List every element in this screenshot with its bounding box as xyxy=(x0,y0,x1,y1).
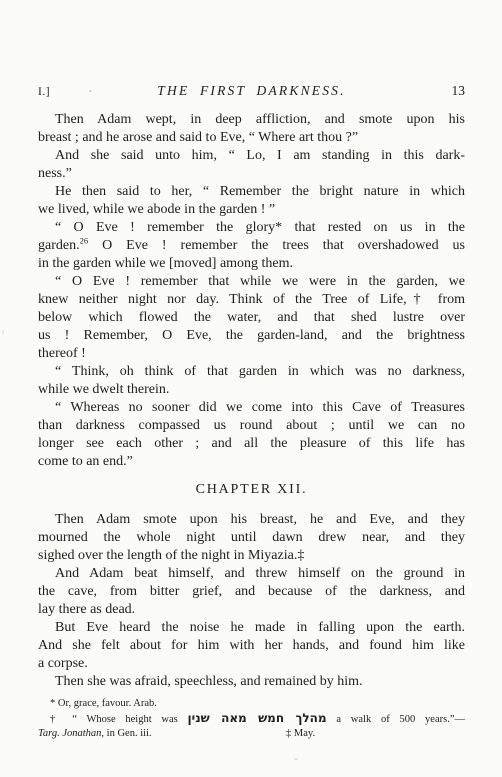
text-line: thereof ! xyxy=(38,345,465,363)
scan-speck xyxy=(89,90,92,92)
text-line: while we dwelt therein. xyxy=(38,381,465,399)
text-line: “ Think, oh think of that garden in whic… xyxy=(38,363,465,381)
paragraph: “ Think, oh think of that garden in whic… xyxy=(38,363,465,399)
paragraph: “ Whereas no sooner did we come into thi… xyxy=(38,399,465,471)
text-line: the cave, from bitter grief, and because… xyxy=(38,583,465,601)
paragraph: “ O Eve ! remember that while we were in… xyxy=(38,273,465,363)
page-number: 13 xyxy=(405,84,465,98)
paragraph: Then Adam smote upon his breast, he and … xyxy=(38,511,465,565)
endnote-reference: 26 xyxy=(80,235,89,245)
text-line: But Eve heard the noise he made in falli… xyxy=(38,619,465,637)
footnote-source-citation: Targ. Jonathan, in Gen. iii. xyxy=(38,728,152,739)
text-line: come to an end.” xyxy=(38,453,465,471)
scan-speck xyxy=(294,758,298,760)
body-text: Then Adam wept, in deep affliction, and … xyxy=(38,111,465,741)
italic-citation: Targ. Jonathan xyxy=(38,728,101,739)
text-line: sighed over the length of the night in M… xyxy=(38,547,465,565)
text-line: And Adam beat himself, and threw himself… xyxy=(38,565,465,583)
paragraph: “ O Eve ! remember the glory* that reste… xyxy=(38,219,465,273)
text-line: a corpse. xyxy=(38,655,465,673)
book-page: I.] THE FIRST DARKNESS. 13 Then Adam wep… xyxy=(0,0,502,777)
text-line: Then she was afraid, speechless, and rem… xyxy=(38,673,465,691)
text-line: we lived, while we abode in the garden !… xyxy=(38,201,465,219)
text-line: garden.26 O Eve ! remember the trees tha… xyxy=(38,237,465,255)
scan-speck xyxy=(2,330,4,335)
footnote-dagger-continuation: Targ. Jonathan, in Gen. iii. ‡ May. xyxy=(38,727,465,741)
running-title: THE FIRST DARKNESS. xyxy=(98,84,405,98)
section-marker: I.] xyxy=(38,85,98,99)
chapter-heading: CHAPTER XII. xyxy=(38,481,465,499)
footnote-dagger: † “ Whose height was מהלך חמש מאה שנין a… xyxy=(38,711,465,727)
paragraph: Then Adam wept, in deep affliction, and … xyxy=(38,111,465,147)
chapter-twelve-paragraphs: Then Adam smote upon his breast, he and … xyxy=(38,511,465,691)
text-line: “ Whereas no sooner did we come into thi… xyxy=(38,399,465,417)
paragraph: And Adam beat himself, and threw himself… xyxy=(38,565,465,619)
text-line: And she said unto him, “ Lo, I am standi… xyxy=(38,147,465,165)
text-line: than darkness compassed us round about ;… xyxy=(38,417,465,435)
paragraph: But Eve heard the noise he made in falli… xyxy=(38,619,465,673)
footnote-asterisk: * Or, grace, favour. Arab. xyxy=(38,697,465,711)
paragraph: Then she was afraid, speechless, and rem… xyxy=(38,673,465,691)
text-line: “ O Eve ! remember that while we were in… xyxy=(38,273,465,291)
text-line: He then said to her, “ Remember the brig… xyxy=(38,183,465,201)
text-line: knew neither night nor day. Think of the… xyxy=(38,291,465,309)
paragraph: He then said to her, “ Remember the brig… xyxy=(38,183,465,219)
running-header: I.] THE FIRST DARKNESS. 13 xyxy=(38,84,465,99)
text-line: in the garden while we [moved] among the… xyxy=(38,255,465,273)
text-line: longer see each other ; and all the plea… xyxy=(38,435,465,453)
text-line: us ! Remember, O Eve, the garden-land, a… xyxy=(38,327,465,345)
text-line: below which flowed the water, and that s… xyxy=(38,309,465,327)
footnotes: * Or, grace, favour. Arab. † “ Whose hei… xyxy=(38,697,465,741)
chapter-eleven-paragraphs: Then Adam wept, in deep affliction, and … xyxy=(38,111,465,471)
text-line: mourned the whole night until dawn drew … xyxy=(38,529,465,547)
paragraph: And she said unto him, “ Lo, I am standi… xyxy=(38,147,465,183)
text-line: Then Adam smote upon his breast, he and … xyxy=(38,511,465,529)
text-line: breast ; and he arose and said to Eve, “… xyxy=(38,129,465,147)
text-line: ness.” xyxy=(38,165,465,183)
text-line: “ O Eve ! remember the glory* that reste… xyxy=(38,219,465,237)
text-line: And she felt about for him with her hand… xyxy=(38,637,465,655)
text-line: lay there as dead. xyxy=(38,601,465,619)
text-line: Then Adam wept, in deep affliction, and … xyxy=(38,111,465,129)
footnote-double-dagger: ‡ May. xyxy=(286,727,315,741)
hebrew-phrase: מהלך חמש מאה שנין xyxy=(188,711,327,725)
